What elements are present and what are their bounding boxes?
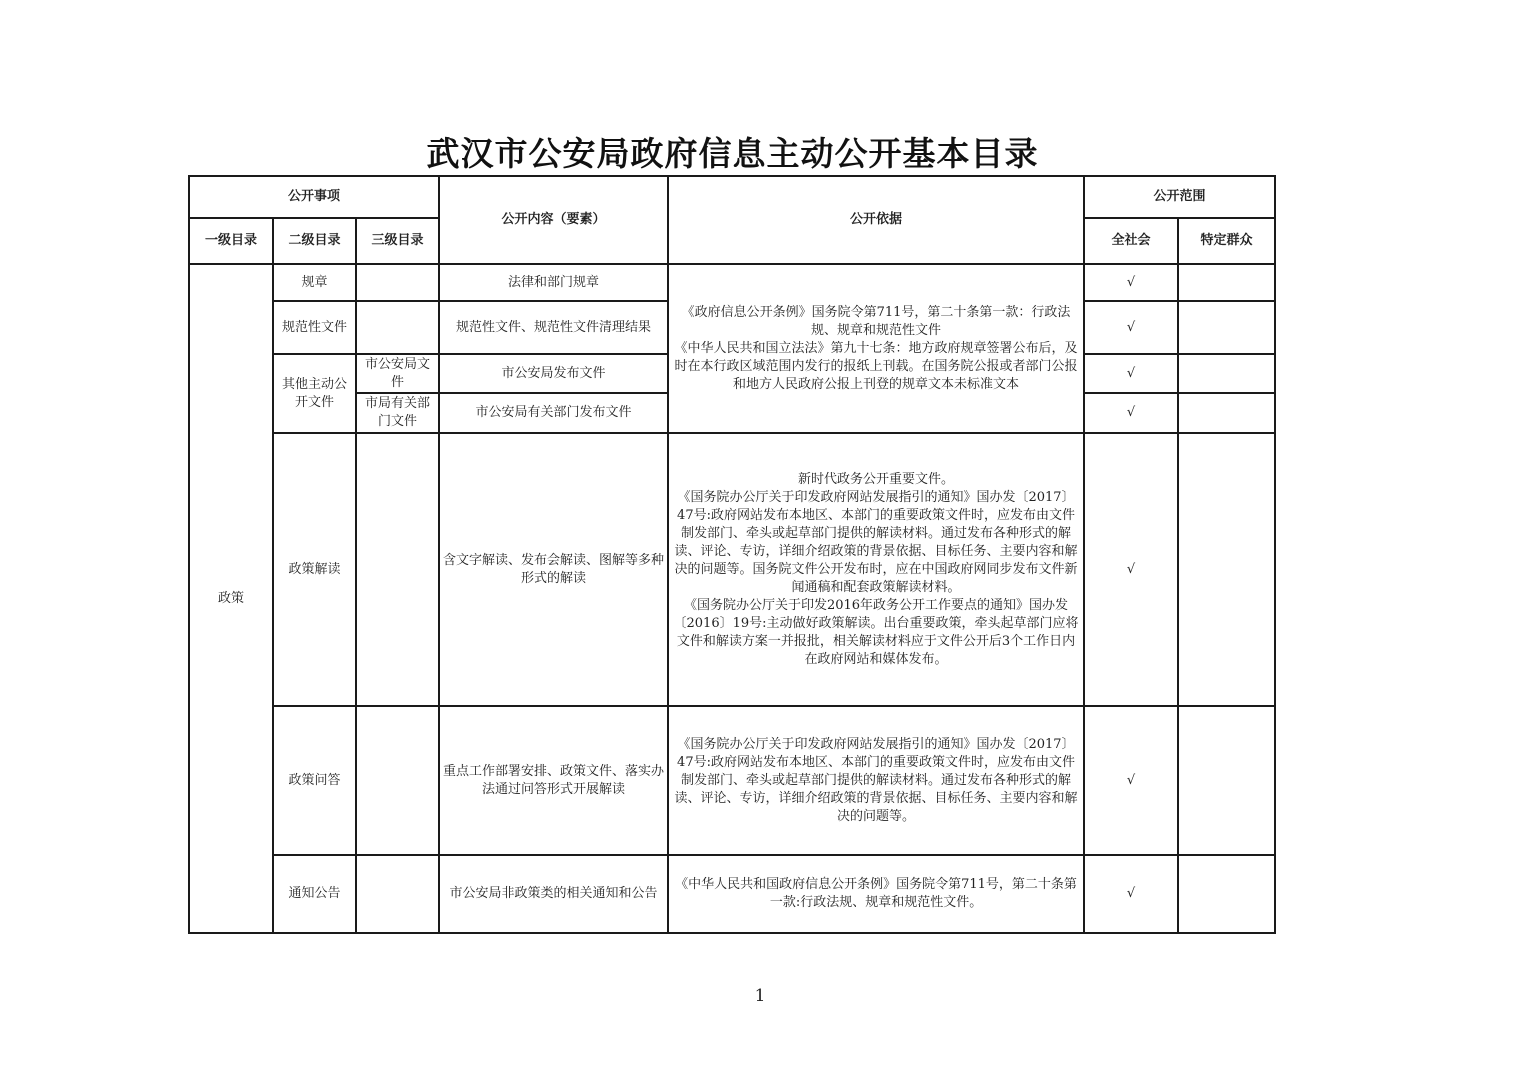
basis-cell-notices: 《中华人民共和国政府信息公开条例》国务院令第711号，第二十条第一款:行政法规、… <box>668 855 1084 933</box>
content-cell: 重点工作部署安排、政策文件、落实办法通过问答形式开展解读 <box>439 706 668 855</box>
level3-cell <box>356 433 439 706</box>
basis-cell-regulations: 《政府信息公开条例》国务院令第711号，第二十条第一款：行政法规、规章和规范性文… <box>668 264 1084 433</box>
check-mark-whole-society: √ <box>1084 301 1178 354</box>
basis-cell-policy-interpretation: 新时代政务公开重要文件。 《国务院办公厅关于印发政府网站发展指引的通知》国办发〔… <box>668 433 1084 706</box>
level3-cell <box>356 855 439 933</box>
header-level3: 三级目录 <box>356 218 439 264</box>
specific-groups-cell <box>1178 706 1275 855</box>
check-mark-whole-society: √ <box>1084 706 1178 855</box>
level3-cell: 市局有关部门文件 <box>356 393 439 433</box>
level3-cell <box>356 264 439 301</box>
content-cell: 含文字解读、发布会解读、图解等多种形式的解读 <box>439 433 668 706</box>
page-number: 1 <box>0 986 1520 1006</box>
header-public-items: 公开事项 <box>189 176 439 218</box>
header-whole-society: 全社会 <box>1084 218 1178 264</box>
table-row: 政策解读 含文字解读、发布会解读、图解等多种形式的解读 新时代政务公开重要文件。… <box>189 433 1275 706</box>
level3-cell <box>356 706 439 855</box>
table-row: 政策问答 重点工作部署安排、政策文件、落实办法通过问答形式开展解读 《国务院办公… <box>189 706 1275 855</box>
header-basis: 公开依据 <box>668 176 1084 264</box>
check-mark-whole-society: √ <box>1084 433 1178 706</box>
check-mark-whole-society: √ <box>1084 354 1178 393</box>
disclosure-catalog-table: 公开事项 公开内容（要素） 公开依据 公开范围 一级目录 二级目录 三级目录 全… <box>188 175 1276 934</box>
specific-groups-cell <box>1178 354 1275 393</box>
level3-cell: 市公安局文件 <box>356 354 439 393</box>
level3-cell <box>356 301 439 354</box>
document-title: 武汉市公安局政府信息主动公开基本目录 <box>0 130 1465 178</box>
level2-cell: 规章 <box>273 264 356 301</box>
check-mark-whole-society: √ <box>1084 855 1178 933</box>
level1-cell-policy: 政策 <box>189 264 273 933</box>
header-scope: 公开范围 <box>1084 176 1275 218</box>
content-cell: 市公安局非政策类的相关通知和公告 <box>439 855 668 933</box>
level2-cell: 规范性文件 <box>273 301 356 354</box>
level2-cell: 政策解读 <box>273 433 356 706</box>
table-row: 通知公告 市公安局非政策类的相关通知和公告 《中华人民共和国政府信息公开条例》国… <box>189 855 1275 933</box>
content-cell: 规范性文件、规范性文件清理结果 <box>439 301 668 354</box>
level2-cell: 其他主动公开文件 <box>273 354 356 433</box>
specific-groups-cell <box>1178 393 1275 433</box>
check-mark-whole-society: √ <box>1084 264 1178 301</box>
specific-groups-cell <box>1178 301 1275 354</box>
specific-groups-cell <box>1178 433 1275 706</box>
header-row-1: 公开事项 公开内容（要素） 公开依据 公开范围 <box>189 176 1275 218</box>
level2-cell: 通知公告 <box>273 855 356 933</box>
specific-groups-cell <box>1178 855 1275 933</box>
content-cell: 市公安局发布文件 <box>439 354 668 393</box>
table-row: 政策 规章 法律和部门规章 《政府信息公开条例》国务院令第711号，第二十条第一… <box>189 264 1275 301</box>
header-level1: 一级目录 <box>189 218 273 264</box>
basis-cell-policy-qa: 《国务院办公厅关于印发政府网站发展指引的通知》国办发〔2017〕47号:政府网站… <box>668 706 1084 855</box>
level2-cell: 政策问答 <box>273 706 356 855</box>
check-mark-whole-society: √ <box>1084 393 1178 433</box>
header-level2: 二级目录 <box>273 218 356 264</box>
specific-groups-cell <box>1178 264 1275 301</box>
content-cell: 市公安局有关部门发布文件 <box>439 393 668 433</box>
header-specific-groups: 特定群众 <box>1178 218 1275 264</box>
header-content: 公开内容（要素） <box>439 176 668 264</box>
content-cell: 法律和部门规章 <box>439 264 668 301</box>
